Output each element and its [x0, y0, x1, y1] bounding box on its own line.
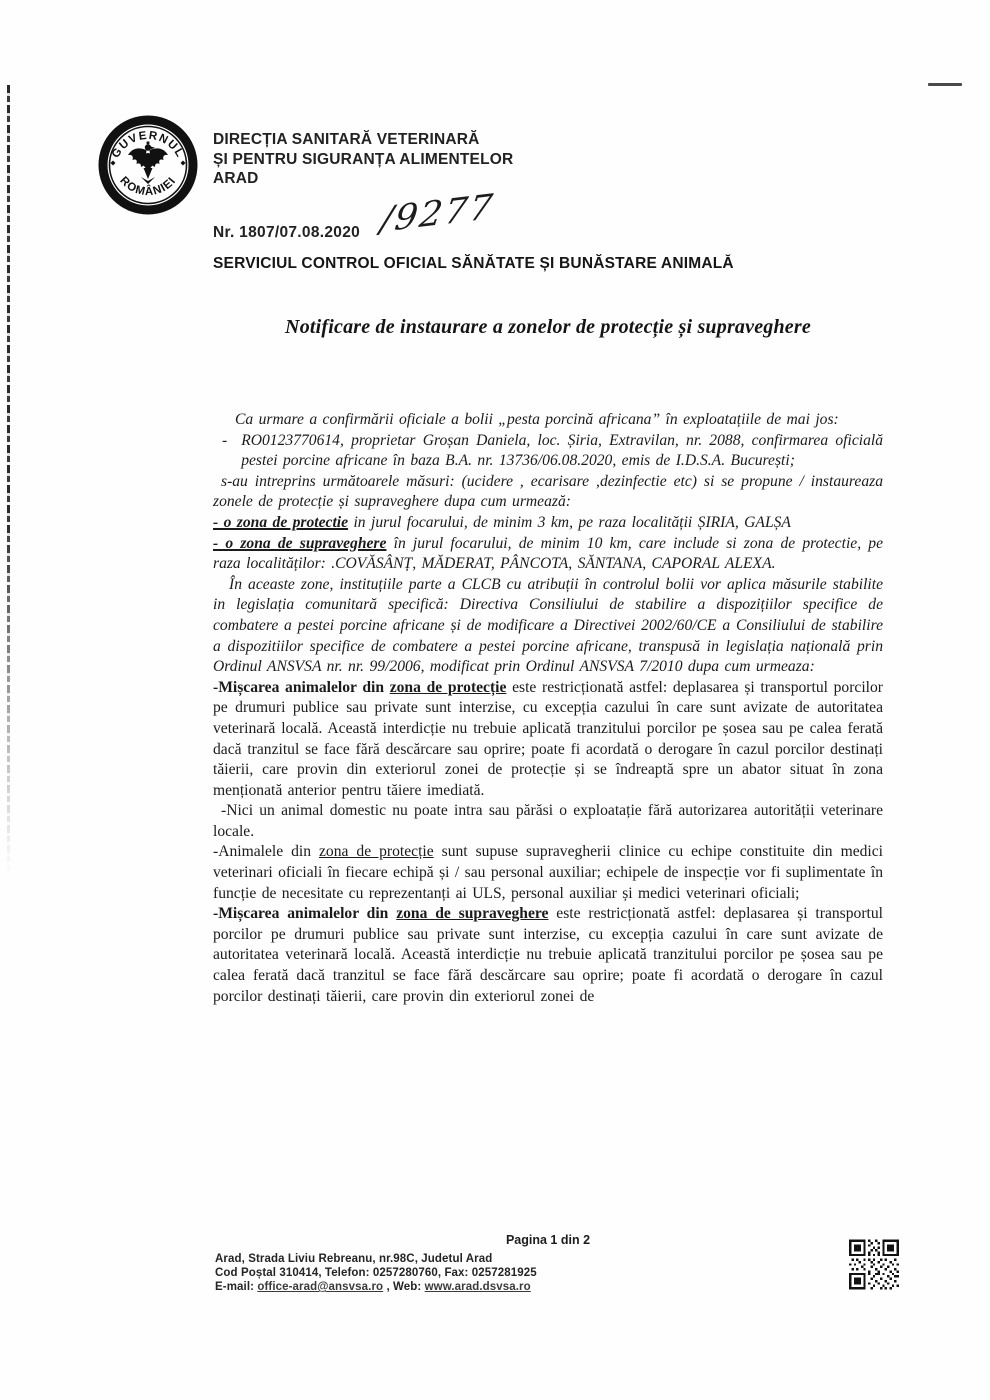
footer-online-line: E-mail: office-arad@ansvsa.ro , Web: www…	[215, 1280, 537, 1294]
web-link: www.arad.dsvsa.ro	[425, 1281, 531, 1293]
footer-street-line: Arad, Strada Liviu Rebreanu, nr.98C, Jud…	[215, 1252, 537, 1266]
surveillance-restriction-lead: -Mișcarea animalelor din	[213, 905, 396, 922]
qr-code	[849, 1237, 899, 1292]
farm-list-item: - RO0123770614, proprietar Groșan Daniel…	[213, 431, 883, 472]
protection-restriction-paragraph: -Mișcarea animalelor din zona de protecț…	[213, 678, 883, 802]
surveillance-zone-line: - o zona de supraveghere în jurul focaru…	[213, 534, 883, 575]
protection-zone-heading: - o zona de protectie	[213, 514, 348, 531]
document-body: Ca urmare a confirmării oficiale a bolii…	[213, 410, 883, 1007]
web-label: , Web:	[383, 1281, 424, 1293]
eagle-emblem-icon	[128, 142, 168, 185]
footer-postal-phone: Cod Poștal 310414, Telefon: 0257280760,	[215, 1267, 444, 1279]
protection-restriction-lead: -Mișcarea animalelor din	[213, 679, 390, 696]
letterhead-line-2: ȘI PENTRU SIGURANȚA ALIMENTELOR	[213, 150, 513, 170]
email-label: E-mail:	[215, 1281, 257, 1293]
fax-number: 0257281925	[468, 1267, 536, 1279]
domestic-animal-paragraph: -Nici un animal domestic nu poate intra …	[213, 801, 883, 842]
protection-zone-text: in jurul focarului, de minim 3 km, pe ra…	[348, 514, 791, 531]
clinical-zone-term: zona de protecție	[319, 843, 434, 860]
page-number-label: Pagina 1 din 2	[213, 1233, 883, 1247]
surveillance-restriction-paragraph: -Mișcarea animalelor din zona de suprave…	[213, 904, 883, 1007]
qr-code-icon	[849, 1237, 899, 1292]
service-department-line: SERVICIUL CONTROL OFICIAL SĂNĂTATE ȘI BU…	[213, 255, 734, 273]
farm-details: RO0123770614, proprietar Groșan Daniela,…	[241, 431, 883, 472]
handwritten-registry-number: /9277	[378, 187, 496, 240]
document-title: Notificare de instaurare a zonelor de pr…	[213, 316, 883, 339]
protection-zone-line: - o zona de protectie in jurul focarului…	[213, 513, 883, 534]
clinical-pre: -Animalele din	[213, 843, 319, 860]
surveillance-zone-term: zona de supraveghere	[396, 905, 548, 922]
fax-label: Fax:	[444, 1267, 468, 1279]
protection-restriction-text: este restricționată astfel: deplasarea ș…	[213, 679, 883, 799]
scanned-document-page: GUVERNUL ROMÂNIEI DIRECȚIA SANITARĂ VETE…	[0, 0, 990, 1400]
measures-paragraph: s-au intreprins următoarele măsuri: (uci…	[213, 472, 883, 513]
government-seal-logo: GUVERNUL ROMÂNIEI	[98, 115, 198, 215]
scan-artifact-left-line	[7, 85, 10, 875]
legal-basis-paragraph: În aceaste zone, instituțiile parte a CL…	[213, 575, 883, 678]
scan-artifact-top-dash	[928, 83, 962, 86]
registration-number: Nr. 1807/07.08.2020	[213, 224, 360, 242]
letterhead-block: DIRECȚIA SANITARĂ VETERINARĂ ȘI PENTRU S…	[213, 130, 513, 189]
letterhead-line-3: ARAD	[213, 169, 513, 189]
footer-contact-line: Cod Poștal 310414, Telefon: 0257280760, …	[215, 1266, 537, 1280]
footer-address-block: Arad, Strada Liviu Rebreanu, nr.98C, Jud…	[215, 1252, 537, 1294]
protection-zone-term: zona de protecție	[390, 679, 507, 696]
surveillance-zone-heading: - o zona de supraveghere	[213, 535, 386, 552]
intro-paragraph: Ca urmare a confirmării oficiale a bolii…	[213, 410, 883, 431]
romania-government-seal-icon: GUVERNUL ROMÂNIEI	[98, 115, 198, 215]
clinical-surveillance-paragraph: -Animalele din zona de protecție sunt su…	[213, 842, 883, 904]
email-link: office-arad@ansvsa.ro	[257, 1281, 383, 1293]
letterhead-line-1: DIRECȚIA SANITARĂ VETERINARĂ	[213, 130, 513, 150]
list-dash: -	[213, 431, 227, 472]
